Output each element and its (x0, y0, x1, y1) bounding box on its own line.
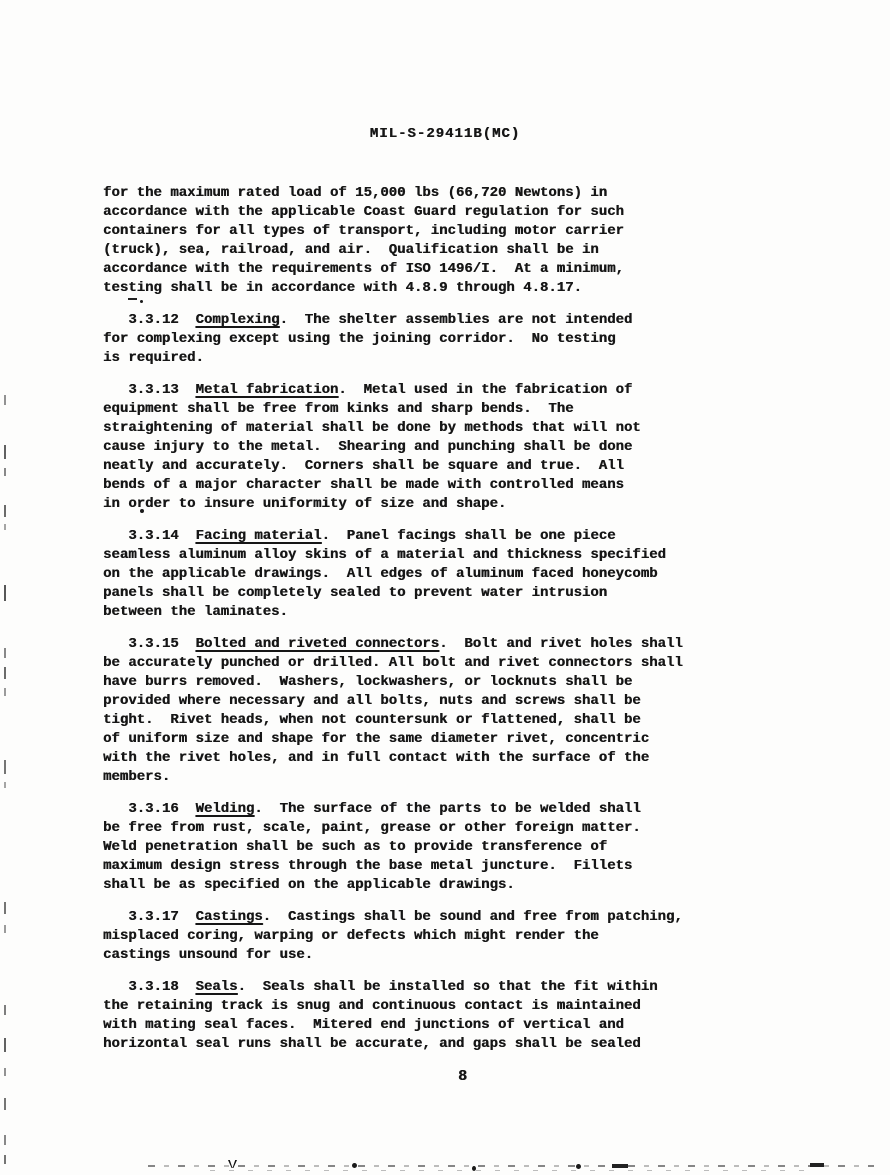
paragraph-3-3-14-facing-material: 3.3.14 Facing material. Panel facings sh… (103, 527, 887, 622)
scan-artifact (4, 1098, 6, 1110)
scan-artifact (4, 688, 6, 696)
section-number: 3.3.15 (103, 636, 195, 652)
scan-artifact (4, 1038, 6, 1052)
scan-artifact (4, 782, 6, 788)
document-id-header: MIL-S-29411B(MC) (0, 126, 890, 142)
section-number: 3.3.13 (103, 382, 195, 398)
scan-artifact (4, 524, 6, 530)
scan-artifact (4, 468, 6, 476)
section-number: 3.3.16 (103, 801, 195, 817)
section-title: Seals (195, 979, 237, 995)
scan-artifact-bottom-rule (148, 1165, 874, 1167)
scan-artifact (810, 1163, 824, 1167)
scan-artifact (612, 1164, 628, 1168)
section-title: Castings (195, 909, 262, 925)
scan-artifact (4, 667, 6, 679)
scan-artifact (352, 1163, 357, 1168)
scan-artifact (140, 509, 144, 513)
scan-artifact-bottom-rule (210, 1170, 810, 1171)
scan-artifact (128, 298, 137, 300)
section-title: Bolted and riveted connectors (195, 636, 439, 652)
paragraph-3-3-16-welding: 3.3.16 Welding. The surface of the parts… (103, 800, 887, 895)
scan-artifact (4, 760, 6, 774)
scanned-document-page: MIL-S-29411B(MC) for the maximum rated l… (0, 0, 890, 1175)
paragraph-text: . Bolt and rivet holes shall be accurate… (103, 636, 683, 785)
scan-artifact (4, 395, 6, 405)
scan-artifact (576, 1164, 581, 1169)
section-number: 3.3.14 (103, 528, 195, 544)
document-body: for the maximum rated load of 15,000 lbs… (103, 184, 887, 1067)
paragraph-3-3-18-seals: 3.3.18 Seals. Seals shall be installed s… (103, 978, 887, 1054)
scan-artifact (140, 300, 143, 303)
section-number: 3.3.18 (103, 979, 195, 995)
page-number: 8 (458, 1068, 467, 1085)
section-title: Complexing (195, 312, 279, 328)
scan-artifact (4, 902, 6, 914)
scan-artifact (472, 1166, 476, 1171)
section-title: Metal fabrication (195, 382, 338, 398)
scan-artifact (4, 648, 6, 658)
section-number: 3.3.17 (103, 909, 195, 925)
scan-artifact (4, 925, 6, 933)
section-title: Welding (195, 801, 254, 817)
paragraph-text: for the maximum rated load of 15,000 lbs… (103, 185, 624, 296)
scan-artifact (4, 1068, 6, 1076)
section-title: Facing material (195, 528, 321, 544)
scan-artifact (4, 505, 6, 517)
paragraph-3-3-12-complexing: 3.3.12 Complexing. The shelter assemblie… (103, 311, 887, 368)
section-number: 3.3.12 (103, 312, 195, 328)
scan-artifact (4, 585, 6, 601)
scan-artifact (4, 1155, 6, 1164)
paragraph-3-3-13-metal-fabrication: 3.3.13 Metal fabrication. Metal used in … (103, 381, 887, 514)
paragraph-3-3-15-bolted-riveted-connectors: 3.3.15 Bolted and riveted connectors. Bo… (103, 635, 887, 787)
scan-artifact (4, 1135, 6, 1145)
scan-artifact (4, 445, 6, 459)
paragraph-3-3-17-castings: 3.3.17 Castings. Castings shall be sound… (103, 908, 887, 965)
paragraph-text: . Metal used in the fabrication of equip… (103, 382, 641, 512)
scan-artifact (4, 1005, 6, 1015)
paragraph-continuation: for the maximum rated load of 15,000 lbs… (103, 184, 887, 298)
